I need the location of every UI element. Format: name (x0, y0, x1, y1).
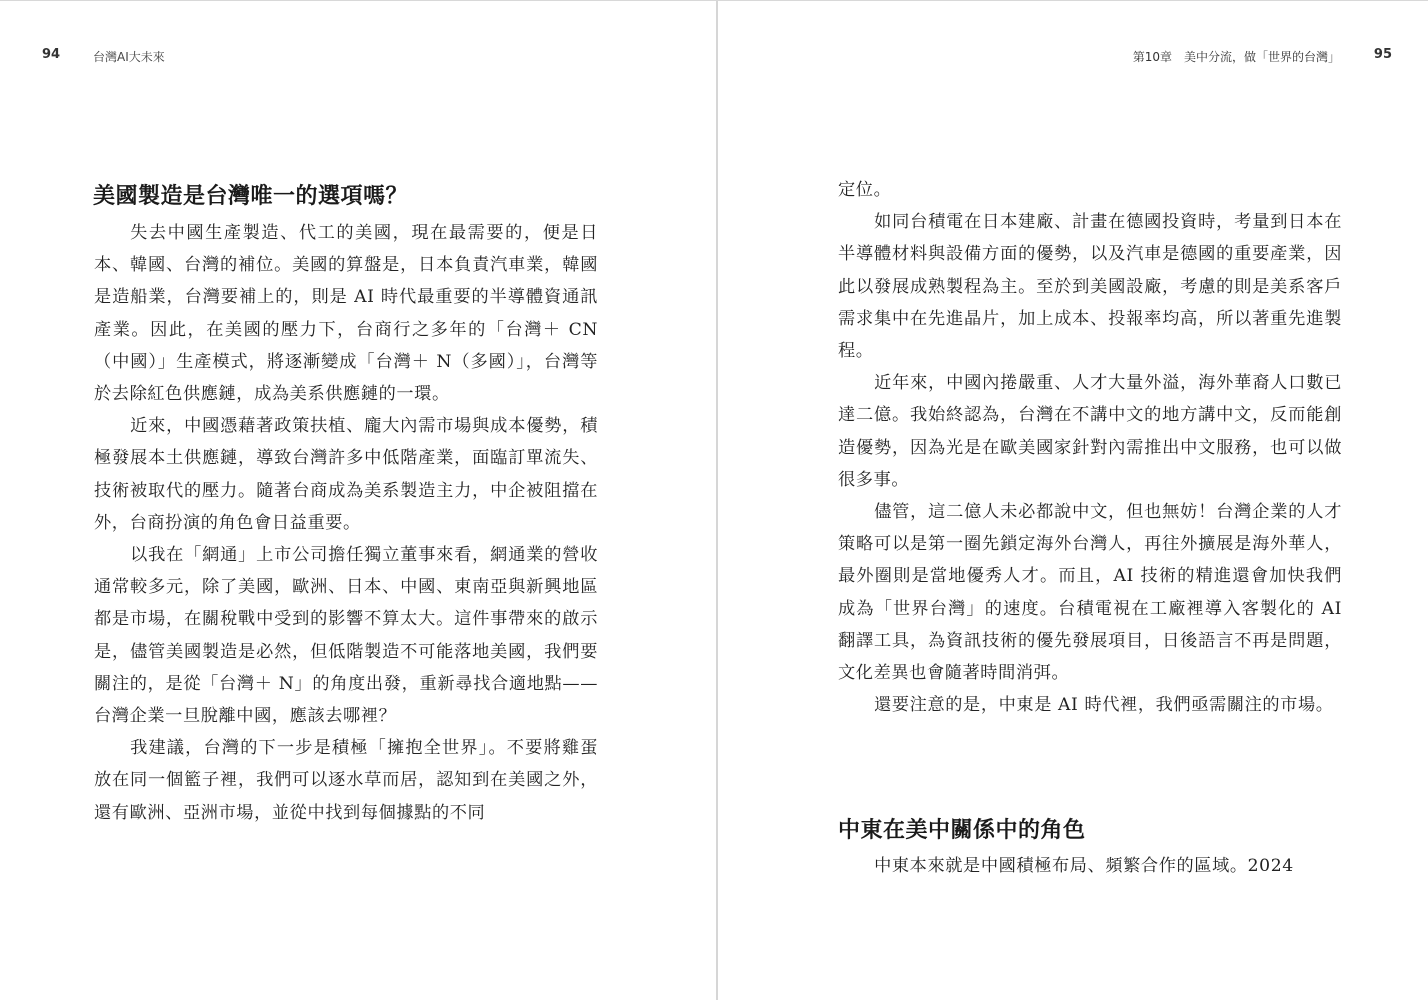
running-header-book-title: 台灣AI大未來 (93, 48, 165, 65)
paragraph: 如同台積電在日本建廠、計畫在德國投資時，考量到日本在半導體材料與設備方面的優勢，… (838, 206, 1342, 367)
section-heading: 美國製造是台灣唯一的選項嗎？ (93, 179, 408, 210)
paragraph-continuation: 定位。 (838, 174, 1342, 206)
right-page: 第10章美中分流，做「世界的台灣」 95 定位。 如同台積電在日本建廠、計畫在德… (718, 1, 1428, 1000)
paragraph: 中東本來就是中國積極布局、頻繁合作的區域。2024 (838, 850, 1342, 882)
left-page: 94 台灣AI大未來 美國製造是台灣唯一的選項嗎？ 失去中國生產製造、代工的美國… (0, 1, 716, 1000)
paragraph: 我建議，台灣的下一步是積極「擁抱全世界」。不要將雞蛋放在同一個籃子裡，我們可以逐… (94, 732, 598, 829)
page-number: 94 (42, 47, 60, 62)
running-header-chapter: 第10章美中分流，做「世界的台灣」 (1133, 48, 1340, 65)
page-number: 95 (1374, 47, 1392, 62)
paragraph: 還要注意的是，中東是 AI 時代裡，我們亟需關注的市場。 (838, 689, 1342, 721)
paragraph: 儘管，這二億人未必都說中文，但也無妨！台灣企業的人才策略可以是第一圈先鎖定海外台… (838, 496, 1342, 689)
body-text: 定位。 如同台積電在日本建廠、計畫在德國投資時，考量到日本在半導體材料與設備方面… (838, 174, 1342, 721)
chapter-label: 第10章 (1133, 50, 1172, 64)
body-text: 失去中國生產製造、代工的美國，現在最需要的，便是日本、韓國、台灣的補位。美國的算… (94, 217, 598, 829)
paragraph: 以我在「網通」上市公司擔任獨立董事來看，網通業的營收通常較多元，除了美國，歐洲、… (94, 539, 598, 732)
paragraph: 近年來，中國內捲嚴重、人才大量外溢，海外華裔人口數已達二億。我始終認為，台灣在不… (838, 367, 1342, 496)
chapter-title: 美中分流，做「世界的台灣」 (1184, 50, 1340, 64)
section-heading: 中東在美中關係中的角色 (838, 813, 1086, 844)
paragraph: 失去中國生產製造、代工的美國，現在最需要的，便是日本、韓國、台灣的補位。美國的算… (94, 217, 598, 410)
paragraph: 近來，中國憑藉著政策扶植、龐大內需市場與成本優勢，積極發展本土供應鏈，導致台灣許… (94, 410, 598, 539)
section-body-text: 中東本來就是中國積極布局、頻繁合作的區域。2024 (838, 850, 1342, 882)
